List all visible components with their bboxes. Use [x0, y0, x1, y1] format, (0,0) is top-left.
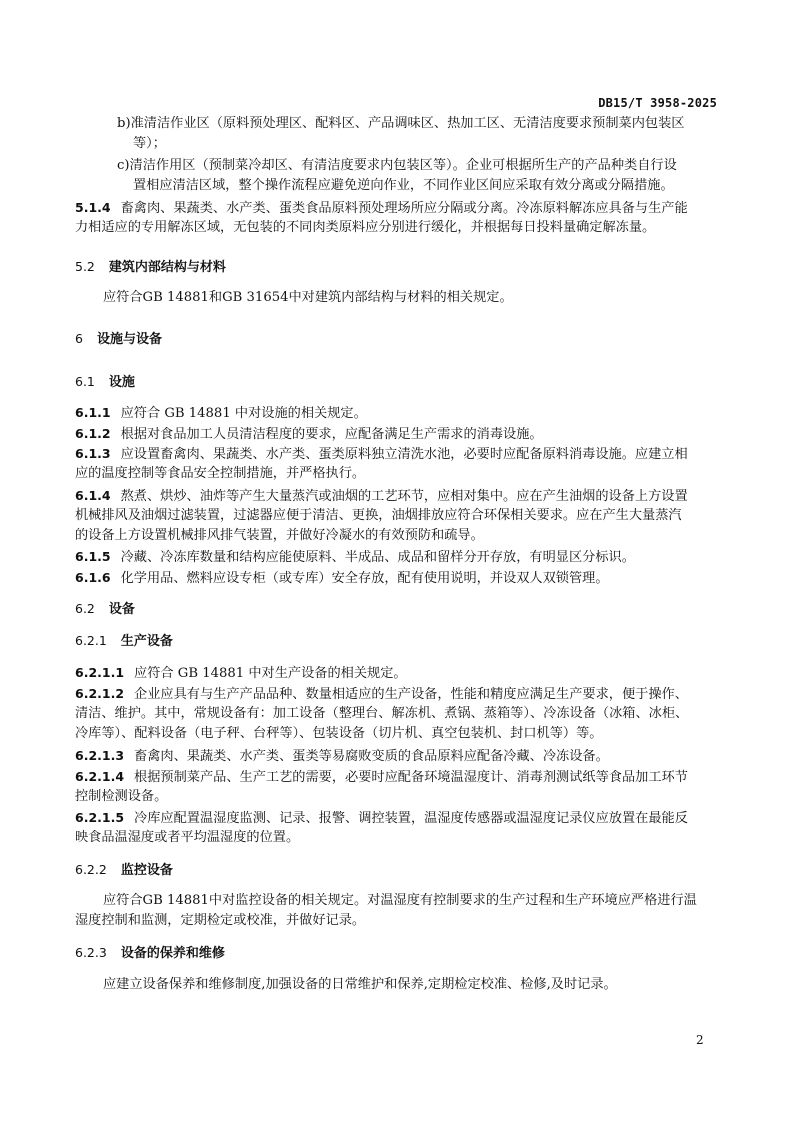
- clause-6-2-1-2-cont: 冷库等）、配料设备（电子秤、台秤等）、包装设备（切片机、真空包装机、封口机等）等…: [75, 724, 719, 744]
- clause-6-1-3: 6.1.3应设置畜禽肉、果蔬类、水产类、蛋类原料独立清洗水池，必要时应配备原料消…: [75, 444, 719, 465]
- clause-6-2-1-5: 6.2.1.5冷库应配置温湿度监测、记录、报警、调控装置，温湿度传感器或温湿度记…: [75, 808, 719, 829]
- clause-6-1-4-cont: 机械排风及油烟过滤装置，过滤器应便于清洁、更换，油烟排放应符合环保相关要求。应在…: [75, 506, 719, 526]
- clause-6-1-1: 6.1.1应符合 GB 14881 中对设施的相关规定。: [75, 403, 719, 424]
- section-6-2-2-body: 应符合GB 14881中对监控设备的相关规定。对温湿度有控制要求的生产过程和生产…: [103, 891, 747, 911]
- clause-6-2-1-4-cont: 控制检测设备。: [75, 787, 719, 807]
- clause-number: 5.1.4: [75, 200, 111, 215]
- clause-6-1-4-cont: 的设备上方设置机械排风排气装置，并做好冷凝水的有效预防和疏导。: [75, 526, 719, 546]
- clause-6-2-1-4: 6.2.1.4根据预制菜产品、生产工艺的需要，必要时应配备环境温湿度计、消毒剂测…: [75, 767, 719, 788]
- section-heading-6-2-1: 6.2.1生产设备: [75, 631, 719, 652]
- clause-6-2-1-3: 6.2.1.3畜禽肉、果蔬类、水产类、蛋类等易腐败变质的食品原料应配备冷藏、冷冻…: [75, 746, 719, 767]
- list-item-c: c)清洁作用区（预制菜冷却区、有清洁度要求内包装区等）。企业可根据所生产的产品种…: [117, 156, 761, 176]
- list-item-c-cont: 置相应清洁区域，整个操作流程应避免逆向作业，不同作业区间应采取有效分离或分隔措施…: [133, 176, 777, 196]
- clause-6-2-1-5-cont: 映食品温湿度或者平均温湿度的位置。: [75, 828, 719, 848]
- clause-6-1-3-cont: 应的温度控制等食品安全控制措施，并严格执行。: [75, 464, 719, 484]
- list-item-b: b)准清洁作业区（原料预处理区、配料区、产品调味区、热加工区、无清洁度要求预制菜…: [117, 114, 761, 134]
- section-6-2-2-body-cont: 湿度控制和监测，定期检定或校准，并做好记录。: [75, 911, 719, 931]
- page-number: 2: [696, 1033, 704, 1047]
- clause-6-1-6: 6.1.6化学用品、燃料应设专柜（或专库）安全存放，配有使用说明，并设双人双锁管…: [75, 568, 719, 589]
- clause-6-2-1-2: 6.2.1.2企业应具有与生产产品品种、数量相适应的生产设备，性能和精度应满足生…: [75, 684, 719, 705]
- section-heading-6-1: 6.1设施: [75, 372, 719, 393]
- list-item-b-cont: 等）；: [133, 134, 777, 154]
- section-5-2-body: 应符合GB 14881和GB 31654中对建筑内部结构与材料的相关规定。: [103, 288, 747, 308]
- section-6-2-3-body: 应建立设备保养和维修制度,加强设备的日常维护和保养,定期检定校准、检修,及时记录…: [103, 975, 747, 995]
- section-heading-5-2: 5.2建筑内部结构与材料: [75, 257, 719, 278]
- chapter-heading-6: 6设施与设备: [75, 329, 719, 350]
- clause-6-2-1-2-cont: 清洁、维护。其中，常规设备有：加工设备（整理台、解冻机、煮锅、蒸箱等）、冷冻设备…: [75, 704, 719, 724]
- clause-text: 畜禽肉、果蔬类、水产类、蛋类食品原料预处理场所应分隔或分离。冷冻原料解冻应具备与…: [121, 201, 688, 216]
- clause-6-1-5: 6.1.5冷藏、冷冻库数量和结构应能使原料、半成品、成品和留样分开存放，有明显区…: [75, 547, 719, 568]
- clause-5-1-4: 5.1.4畜禽肉、果蔬类、水产类、蛋类食品原料预处理场所应分隔或分离。冷冻原料解…: [75, 198, 719, 219]
- document-id: DB15/T 3958-2025: [598, 96, 717, 110]
- section-heading-6-2: 6.2设备: [75, 599, 719, 620]
- section-heading-6-2-3: 6.2.3设备的保养和维修: [75, 943, 719, 964]
- clause-6-1-4: 6.1.4熬煮、烘炒、油炸等产生大量蒸汽或油烟的工艺环节，应相对集中。应在产生油…: [75, 486, 719, 507]
- clause-5-1-4-cont: 力相适应的专用解冻区域，无包装的不同肉类原料应分别进行缓化，并根据每日投料量确定…: [75, 218, 719, 238]
- section-heading-6-2-2: 6.2.2监控设备: [75, 860, 719, 881]
- clause-6-2-1-1: 6.2.1.1应符合 GB 14881 中对生产设备的相关规定。: [75, 663, 719, 684]
- clause-6-1-2: 6.1.2根据对食品加工人员清洁程度的要求，应配备满足生产需求的消毒设施。: [75, 424, 719, 445]
